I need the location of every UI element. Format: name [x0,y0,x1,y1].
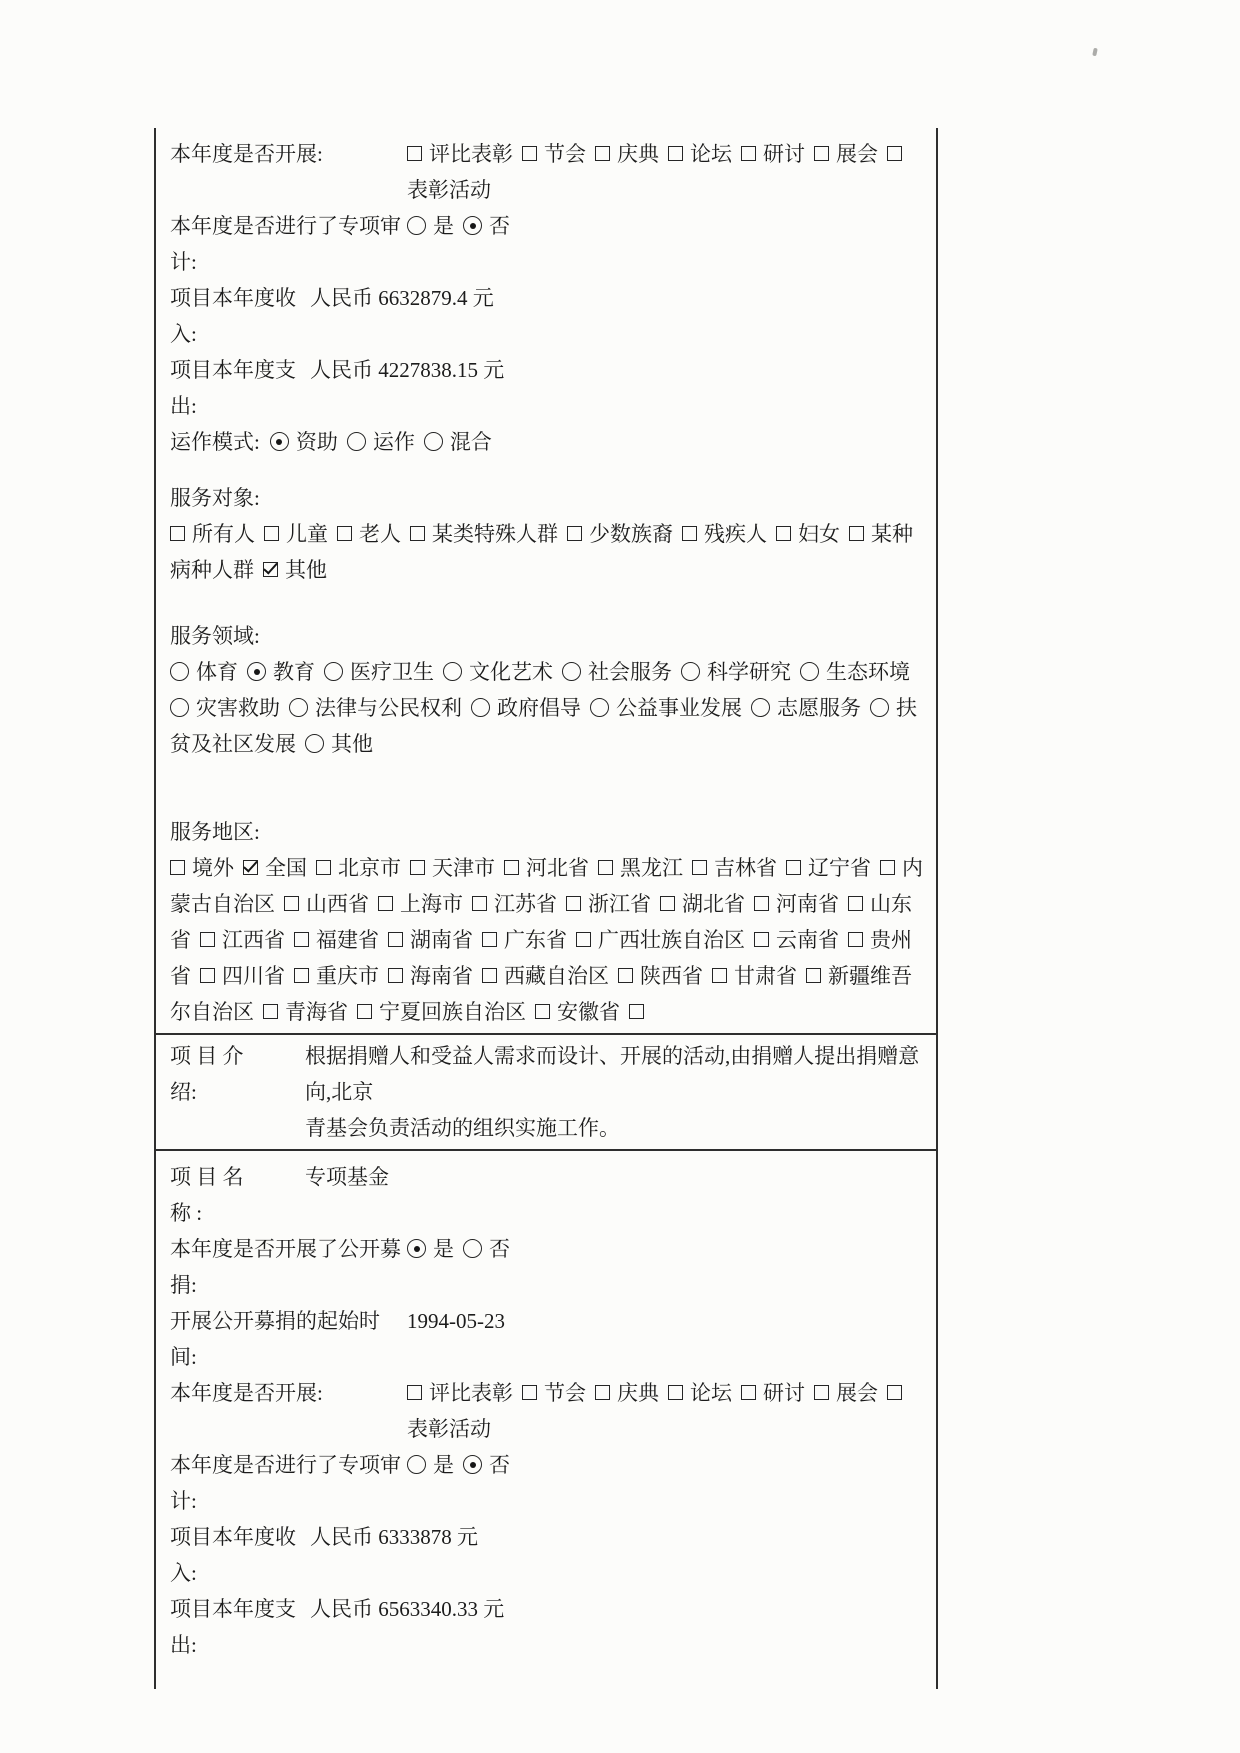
radio-icon[interactable] [170,662,189,681]
checkbox-icon[interactable] [814,146,829,161]
checkbox-icon[interactable] [880,860,895,875]
option-label: 志愿服务 [777,696,861,720]
field-label: 项目本年度支 出: [170,352,310,424]
radio-icon[interactable] [800,662,819,681]
checkbox-option[interactable]: 节会 [522,142,586,166]
field-row-annual-expense: 项目本年度支 出: 人民币 4227838.15 元 [170,352,928,424]
option-label: 教育 [273,660,315,684]
checkbox-option[interactable]: 研讨 [741,142,805,166]
checkbox-icon[interactable] [741,146,756,161]
checkbox-icon[interactable] [629,1004,644,1019]
checkbox-option[interactable]: 庆典 [595,142,659,166]
checkbox-icon[interactable] [754,932,769,947]
checkbox-option[interactable]: 海南省 [388,964,473,988]
radio-icon[interactable] [407,216,426,235]
option-label: 是 [433,214,454,238]
radio-option[interactable]: 政府倡导 [471,696,581,720]
group-options: 所有人儿童老人某类特殊人群少数族裔残疾人妇女某种病种人群其他 [170,516,928,588]
option-label: 科学研究 [707,660,791,684]
option-label: 体育 [196,660,238,684]
option-label: 重庆市 [316,964,379,988]
option-label: 医疗卫生 [350,660,434,684]
option-label: 河南省 [776,892,839,916]
option-label: 湖北省 [682,892,745,916]
field-row-project-name: 项 目 名 称 : 专项基金 [170,1159,928,1231]
checkbox-option[interactable]: 儿童 [264,522,328,546]
option-label: 境外 [192,856,234,880]
option-label: 否 [489,214,510,238]
option-label: 妇女 [798,522,840,546]
checkbox-icon[interactable] [264,526,279,541]
checkbox-option[interactable]: 河北省 [504,856,589,880]
option-label: 某类特殊人群 [432,522,558,546]
checkbox-option[interactable]: 某类特殊人群 [410,522,558,546]
option-label: 老人 [359,522,401,546]
radio-option[interactable]: 志愿服务 [751,696,861,720]
field-row-annual-expense: 项目本年度支 出: 人民币 6563340.33 元 [170,1591,928,1663]
option-label: 其他 [285,558,327,582]
radio-option[interactable]: 否 [463,1237,510,1261]
field-row-annual-income: 项目本年度收 入: 人民币 6333878 元 [170,1519,928,1591]
radio-selected-icon[interactable] [270,432,289,451]
service-areas-group: 服务地区: 境外全国北京市天津市河北省黑龙江吉林省辽宁省内蒙古自治区山西省上海市… [170,814,928,1030]
radio-icon[interactable] [751,698,770,717]
radio-icon[interactable] [324,662,343,681]
radio-icon[interactable] [305,734,324,753]
service-fields-group: 服务领域: 体育教育医疗卫生文化艺术社会服务科学研究生态环境灾害救助法律与公民权… [170,618,928,762]
checkbox-checked-icon[interactable] [263,562,278,577]
checkbox-icon[interactable] [170,526,185,541]
option-label: 北京市 [338,856,401,880]
field-row-annual-income: 项目本年度收 入: 人民币 6632879.4 元 [170,280,928,352]
option-label: 表彰活动 [407,1417,491,1441]
checkbox-option[interactable]: 全国 [243,856,307,880]
checkbox-option[interactable]: 展会 [814,142,878,166]
checkbox-icon[interactable] [887,1385,902,1400]
option-label: 全国 [265,856,307,880]
radio-icon[interactable] [424,432,443,451]
group-label: 服务领域: [170,618,928,654]
radio-option[interactable]: 文化艺术 [443,660,553,684]
field-label: 本年度是否开展了公开募 捐: [170,1231,407,1303]
checkbox-option[interactable]: 庆典 [595,1381,659,1405]
option-label: 资助 [296,430,338,454]
checkbox-icon[interactable] [806,968,821,983]
checkbox-option[interactable]: 云南省 [754,928,839,952]
checkbox-icon[interactable] [388,968,403,983]
field-value: 人民币 4227838.15 元 [310,352,928,388]
field-value: 人民币 6563340.33 元 [310,1591,928,1627]
checkbox-option[interactable]: 湖北省 [660,892,745,916]
option-label: 展会 [836,142,878,166]
option-label: 江苏省 [494,892,557,916]
option-label: 节会 [544,142,586,166]
option-label: 安徽省 [557,1000,620,1024]
option-label: 否 [489,1237,510,1261]
radio-option[interactable]: 混合 [424,430,492,454]
field-row-public-fundraising: 本年度是否开展了公开募 捐: 是否 [170,1231,928,1303]
option-label: 生态环境 [826,660,910,684]
field-value: 1994-05-23 [407,1303,928,1339]
radio-option[interactable]: 科学研究 [681,660,791,684]
checkbox-icon[interactable] [776,526,791,541]
option-label: 研讨 [763,1381,805,1405]
radio-icon[interactable] [562,662,581,681]
option-label: 四川省 [222,964,285,988]
option-label: 河北省 [526,856,589,880]
checkbox-icon[interactable] [522,146,537,161]
option-label: 灾害救助 [196,696,280,720]
service-targets-group: 服务对象: 所有人儿童老人某类特殊人群少数族裔残疾人妇女某种病种人群其他 [170,480,928,588]
radio-option[interactable]: 法律与公民权利 [289,696,462,720]
checkbox-option[interactable]: 辽宁省 [786,856,871,880]
field-value: 专项基金 [305,1159,928,1195]
checkbox-icon[interactable] [170,860,185,875]
radio-option[interactable]: 教育 [247,660,315,684]
radio-option[interactable]: 其他 [305,732,373,756]
checkbox-option[interactable]: 展会 [814,1381,878,1405]
radio-selected-icon[interactable] [407,1239,426,1258]
checkbox-option[interactable]: 天津市 [410,856,495,880]
option-label: 政府倡导 [497,696,581,720]
checkbox-option[interactable]: 论坛 [668,142,732,166]
radio-option[interactable]: 社会服务 [562,660,672,684]
checkbox-option[interactable]: 山西省 [284,892,369,916]
option-label: 评比表彰 [429,1381,513,1405]
field-value: 人民币 6632879.4 元 [310,280,928,316]
option-label: 所有人 [192,522,255,546]
field-options: 评比表彰节会庆典论坛研讨展会表彰活动 [407,1375,928,1447]
checkbox-option[interactable]: 所有人 [170,522,255,546]
checkbox-option[interactable]: 甘肃省 [712,964,797,988]
checkbox-option[interactable]: 吉林省 [692,856,777,880]
checkbox-option[interactable]: 老人 [337,522,401,546]
radio-icon[interactable] [170,698,189,717]
field-options: 资助运作混合 [270,424,928,460]
option-label: 论坛 [690,1381,732,1405]
scanned-form-page: 本年度是否开展: 评比表彰节会庆典论坛研讨展会表彰活动 本年度是否进行了专项审 … [0,0,1240,1753]
group-options: 体育教育医疗卫生文化艺术社会服务科学研究生态环境灾害救助法律与公民权利政府倡导公… [170,654,928,762]
checkbox-option[interactable] [629,1000,651,1024]
checkbox-icon[interactable] [618,968,633,983]
checkbox-option[interactable]: 河南省 [754,892,839,916]
checkbox-option[interactable]: 广西壮族自治区 [576,928,745,952]
checkbox-option[interactable]: 研讨 [741,1381,805,1405]
radio-option[interactable]: 否 [463,214,510,238]
field-options: 是否 [407,1447,928,1483]
option-label: 浙江省 [588,892,651,916]
checkbox-option[interactable]: 广东省 [482,928,567,952]
radio-option[interactable]: 是 [407,1237,454,1261]
option-label: 运作 [373,430,415,454]
checkbox-option[interactable]: 其他 [263,558,327,582]
field-label: 项目本年度支 出: [170,1591,310,1663]
annual-report-project-table: 本年度是否开展: 评比表彰节会庆典论坛研讨展会表彰活动 本年度是否进行了专项审 … [154,128,938,1689]
option-label: 庆典 [617,1381,659,1405]
checkbox-icon[interactable] [482,968,497,983]
checkbox-icon[interactable] [741,1385,756,1400]
checkbox-icon[interactable] [337,526,352,541]
checkbox-option[interactable]: 残疾人 [682,522,767,546]
radio-icon[interactable] [407,1455,426,1474]
checkbox-option[interactable]: 青海省 [263,1000,348,1024]
option-label: 福建省 [316,928,379,952]
checkbox-checked-icon[interactable] [243,860,258,875]
project-intro-row: 项 目 介 绍: 根据捐赠人和受益人需求而设计、开展的活动,由捐赠人提出捐赠意向… [156,1033,936,1151]
field-label: 本年度是否开展: [170,1375,407,1411]
checkbox-option[interactable]: 陕西省 [618,964,703,988]
option-label: 庆典 [617,142,659,166]
radio-option[interactable]: 资助 [270,430,338,454]
checkbox-option[interactable]: 江西省 [200,928,285,952]
checkbox-icon[interactable] [407,146,422,161]
field-row-special-audit: 本年度是否进行了专项审 计: 是否 [170,208,928,280]
radio-icon[interactable] [590,698,609,717]
field-value: 根据捐赠人和受益人需求而设计、开展的活动,由捐赠人提出捐赠意向,北京 青基会负责… [305,1038,928,1146]
option-label: 论坛 [690,142,732,166]
option-label: 文化艺术 [469,660,553,684]
field-row-special-audit: 本年度是否进行了专项审 计: 是否 [170,1447,928,1519]
radio-icon[interactable] [463,1239,482,1258]
radio-icon[interactable] [471,698,490,717]
group-options: 境外全国北京市天津市河北省黑龙江吉林省辽宁省内蒙古自治区山西省上海市江苏省浙江省… [170,850,928,1030]
checkbox-icon[interactable] [388,932,403,947]
radio-selected-icon[interactable] [463,1455,482,1474]
field-label: 项目本年度收 入: [170,280,310,352]
radio-icon[interactable] [289,698,308,717]
option-label: 湖南省 [410,928,473,952]
checkbox-option[interactable]: 评比表彰 [407,142,513,166]
option-label: 吉林省 [714,856,777,880]
checkbox-icon[interactable] [522,1385,537,1400]
checkbox-option[interactable]: 西藏自治区 [482,964,609,988]
field-options: 评比表彰节会庆典论坛研讨展会表彰活动 [407,136,928,208]
checkbox-option[interactable]: 四川省 [200,964,285,988]
radio-option[interactable]: 运作 [347,430,415,454]
checkbox-icon[interactable] [200,968,215,983]
checkbox-icon[interactable] [294,932,309,947]
checkbox-icon[interactable] [263,1004,278,1019]
radio-option[interactable]: 公益事业发展 [590,696,742,720]
option-label: 西藏自治区 [504,964,609,988]
checkbox-icon[interactable] [712,968,727,983]
field-value: 人民币 6333878 元 [310,1519,928,1555]
option-label: 混合 [450,430,492,454]
checkbox-option[interactable]: 节会 [522,1381,586,1405]
field-row-operation-mode: 运作模式: 资助运作混合 [170,424,928,460]
option-label: 辽宁省 [808,856,871,880]
option-label: 否 [489,1453,510,1477]
group-label: 服务对象: [170,480,928,516]
field-row-annual-activities: 本年度是否开展: 评比表彰节会庆典论坛研讨展会表彰活动 [170,136,928,208]
option-label: 残疾人 [704,522,767,546]
radio-option[interactable]: 灾害救助 [170,696,280,720]
checkbox-option[interactable]: 宁夏回族自治区 [357,1000,526,1024]
option-label: 天津市 [432,856,495,880]
checkbox-icon[interactable] [407,1385,422,1400]
field-label: 项目本年度收 入: [170,1519,310,1591]
option-label: 广东省 [504,928,567,952]
checkbox-icon[interactable] [786,860,801,875]
checkbox-icon[interactable] [595,146,610,161]
field-label: 项 目 介 绍: [170,1038,305,1110]
radio-option[interactable]: 否 [463,1453,510,1477]
checkbox-option[interactable]: 北京市 [316,856,401,880]
checkbox-option[interactable]: 浙江省 [566,892,651,916]
checkbox-option[interactable]: 上海市 [378,892,463,916]
option-label: 青海省 [285,1000,348,1024]
checkbox-icon[interactable] [848,896,863,911]
checkbox-icon[interactable] [848,932,863,947]
checkbox-icon[interactable] [595,1385,610,1400]
group-label: 服务地区: [170,814,928,850]
radio-option[interactable]: 体育 [170,660,238,684]
option-label: 上海市 [400,892,463,916]
option-label: 是 [433,1237,454,1261]
option-label: 公益事业发展 [616,696,742,720]
checkbox-icon[interactable] [284,896,299,911]
field-label: 本年度是否进行了专项审 计: [170,1447,407,1519]
option-label: 展会 [836,1381,878,1405]
checkbox-icon[interactable] [566,896,581,911]
option-label: 节会 [544,1381,586,1405]
field-label: 本年度是否进行了专项审 计: [170,208,407,280]
field-label: 运作模式: [170,424,260,460]
option-label: 黑龙江 [620,856,683,880]
checkbox-option[interactable]: 福建省 [294,928,379,952]
checkbox-option[interactable]: 重庆市 [294,964,379,988]
option-label: 儿童 [286,522,328,546]
field-label: 开展公开募捐的起始时 间: [170,1303,407,1375]
checkbox-icon[interactable] [482,932,497,947]
option-label: 山西省 [306,892,369,916]
option-label: 表彰活动 [407,178,491,202]
option-label: 研讨 [763,142,805,166]
checkbox-icon[interactable] [660,896,675,911]
radio-icon[interactable] [347,432,366,451]
radio-icon[interactable] [681,662,700,681]
field-row-fundraising-start-date: 开展公开募捐的起始时 间: 1994-05-23 [170,1303,928,1375]
checkbox-option[interactable]: 妇女 [776,522,840,546]
checkbox-icon[interactable] [294,968,309,983]
checkbox-icon[interactable] [472,896,487,911]
option-label: 是 [433,1453,454,1477]
checkbox-icon[interactable] [754,896,769,911]
option-label: 广西壮族自治区 [598,928,745,952]
radio-icon[interactable] [870,698,889,717]
option-label: 法律与公民权利 [315,696,462,720]
checkbox-option[interactable]: 少数族裔 [567,522,673,546]
scan-speck [1092,48,1098,57]
checkbox-icon[interactable] [567,526,582,541]
checkbox-option[interactable]: 境外 [170,856,234,880]
checkbox-icon[interactable] [410,526,425,541]
checkbox-icon[interactable] [814,1385,829,1400]
checkbox-icon[interactable] [504,860,519,875]
option-label: 陕西省 [640,964,703,988]
option-label: 社会服务 [588,660,672,684]
option-label: 甘肃省 [734,964,797,988]
option-label: 江西省 [222,928,285,952]
option-label: 云南省 [776,928,839,952]
field-label: 项 目 名 称 : [170,1159,305,1231]
checkbox-icon[interactable] [316,860,331,875]
checkbox-icon[interactable] [598,860,613,875]
option-label: 宁夏回族自治区 [379,1000,526,1024]
radio-selected-icon[interactable] [247,662,266,681]
radio-option[interactable]: 医疗卫生 [324,660,434,684]
field-options: 是否 [407,208,928,244]
checkbox-icon[interactable] [378,896,393,911]
option-label: 海南省 [410,964,473,988]
checkbox-icon[interactable] [692,860,707,875]
project-block-lower: 项 目 名 称 : 专项基金 本年度是否开展了公开募 捐: 是否 开展公开募捐的… [156,1151,936,1689]
checkbox-option[interactable]: 湖南省 [388,928,473,952]
checkbox-option[interactable]: 江苏省 [472,892,557,916]
checkbox-option[interactable]: 安徽省 [535,1000,620,1024]
option-label: 少数族裔 [589,522,673,546]
checkbox-option[interactable]: 黑龙江 [598,856,683,880]
checkbox-option[interactable]: 评比表彰 [407,1381,513,1405]
checkbox-icon[interactable] [849,526,864,541]
field-options: 是否 [407,1231,928,1267]
radio-selected-icon[interactable] [463,216,482,235]
field-row-annual-activities: 本年度是否开展: 评比表彰节会庆典论坛研讨展会表彰活动 [170,1375,928,1447]
radio-icon[interactable] [443,662,462,681]
field-label: 本年度是否开展: [170,136,407,172]
checkbox-icon[interactable] [357,1004,372,1019]
radio-option[interactable]: 是 [407,214,454,238]
option-label: 评比表彰 [429,142,513,166]
checkbox-icon[interactable] [668,146,683,161]
checkbox-icon[interactable] [576,932,591,947]
checkbox-icon[interactable] [410,860,425,875]
checkbox-option[interactable]: 论坛 [668,1381,732,1405]
option-label: 其他 [331,732,373,756]
checkbox-icon[interactable] [887,146,902,161]
checkbox-icon[interactable] [668,1385,683,1400]
checkbox-icon[interactable] [682,526,697,541]
project-block-upper: 本年度是否开展: 评比表彰节会庆典论坛研讨展会表彰活动 本年度是否进行了专项审 … [156,128,936,1033]
checkbox-icon[interactable] [535,1004,550,1019]
checkbox-icon[interactable] [200,932,215,947]
radio-option[interactable]: 生态环境 [800,660,910,684]
radio-option[interactable]: 是 [407,1453,454,1477]
